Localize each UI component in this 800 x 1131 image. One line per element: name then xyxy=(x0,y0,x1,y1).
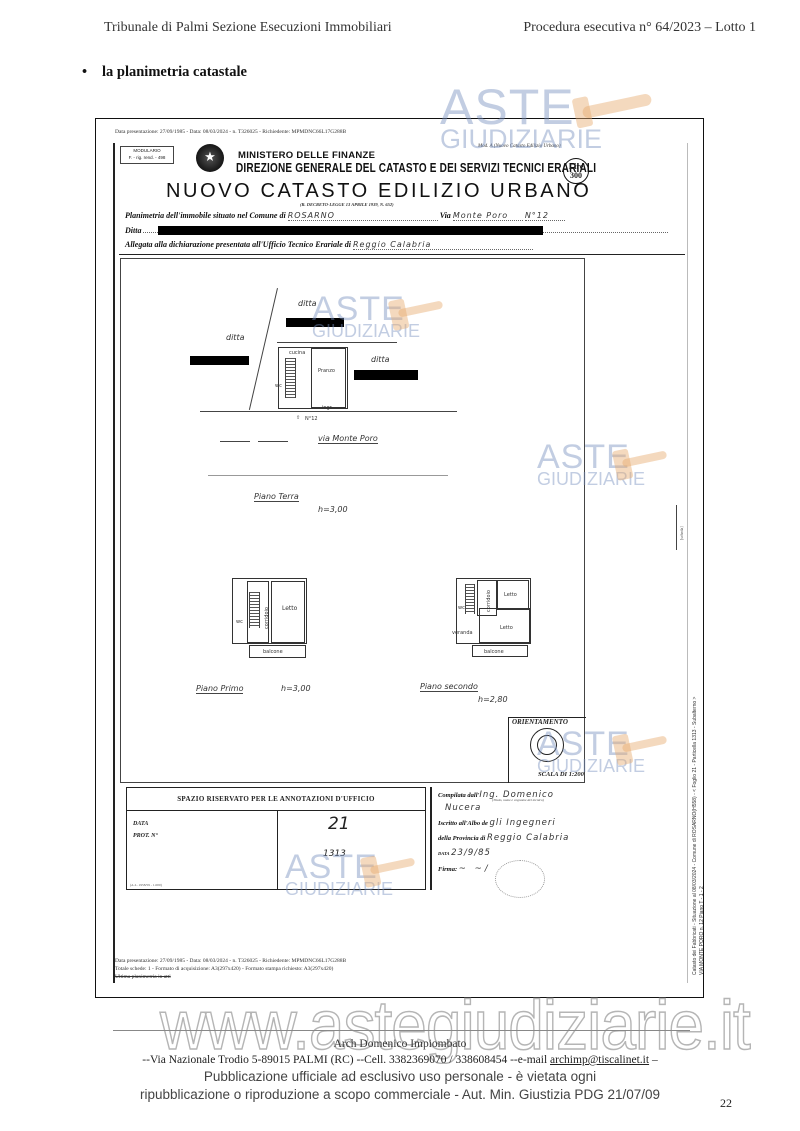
header-procedure: Procedura esecutiva n° 64/2023 – Lotto 1 xyxy=(523,20,756,36)
cognome-value: Nucera xyxy=(445,803,481,813)
provincia-row: della Provincia di Reggio Calabria xyxy=(438,833,569,843)
annotation-print-code: (A.L. 1958/59 - 1.000) xyxy=(130,883,162,887)
allegata-label: Allegata alla dichiarazione presentata a… xyxy=(125,240,351,249)
site-watermark: www.astegiudiziarie.it xyxy=(160,985,750,1065)
room-label: wc xyxy=(275,383,282,389)
albo-label: Iscritto all'Albo de xyxy=(438,820,488,827)
redaction-bar xyxy=(158,226,543,235)
footer-address-text: --Via Nazionale Trodio 5-89015 PALMI (RC… xyxy=(142,1054,547,1066)
street-line xyxy=(208,475,448,476)
via-label: Via xyxy=(440,211,451,220)
compass-icon xyxy=(530,728,564,762)
modulario-text: MODULARIO F. - rig. rend. - 498 xyxy=(129,148,166,160)
compilata-date-value: 23/9/85 xyxy=(451,848,491,858)
annotation-data-label: DATA xyxy=(133,821,148,827)
ground-floor-label: Piano Terra xyxy=(254,492,299,502)
room-label: Pranzo xyxy=(318,368,335,374)
redaction-bar xyxy=(190,356,249,365)
vertical-line-2: VIA MONTE PORO n. 12 Piano T - 1 - 2 xyxy=(699,645,706,975)
albo-row: Iscritto all'Albo de gli Ingegneri xyxy=(438,818,556,828)
allegata-row: Allegata alla dichiarazione presentata a… xyxy=(125,240,533,250)
room-label: balcone xyxy=(263,649,283,655)
dining-room xyxy=(311,348,346,408)
comune-value: ROSARNO xyxy=(288,211,438,221)
room-label: balcone xyxy=(484,649,504,655)
signature: ~ ~/ xyxy=(459,864,491,874)
floor-plan-drawing xyxy=(120,258,585,783)
firma-label: Firma: xyxy=(438,866,457,873)
lire-value: 300 xyxy=(564,171,588,180)
stairs xyxy=(285,358,296,398)
civico-value: N°12 xyxy=(525,211,565,221)
room-label: wc xyxy=(236,619,243,625)
direction-name: DIREZIONE GENERALE DEL CATASTO E DEI SER… xyxy=(236,162,596,176)
divider xyxy=(126,810,426,811)
bedroom xyxy=(271,581,305,643)
compilata-date-row: DATA 23/9/85 xyxy=(438,848,491,858)
plan-location-row: Planimetria dell'immobile situato nel Co… xyxy=(125,211,565,221)
stairs xyxy=(249,592,260,628)
annotation-title: SPAZIO RISERVATO PER LE ANNOTAZIONI D'UF… xyxy=(126,795,426,803)
stairs xyxy=(465,584,475,614)
ditta-label-north: ditta xyxy=(298,299,316,308)
first-floor-height: h=3,00 xyxy=(281,684,311,693)
room-label: corridoio xyxy=(486,590,492,612)
ministry-name: MINISTERO DELLE FINANZE xyxy=(238,150,375,161)
street-line xyxy=(258,441,288,442)
footer-email-link[interactable]: archimp@tiscalinet.it xyxy=(550,1054,649,1066)
decree-reference: (R. DECRETO-LEGGE 13 APRILE 1939, N. 652… xyxy=(300,202,394,207)
ditta-label: Ditta xyxy=(125,226,141,235)
catasto-title: NUOVO CATASTO EDILIZIO URBANO xyxy=(166,180,591,203)
entrance-number: N°12 xyxy=(305,416,318,422)
last-plan-info: Ultima planimetria in atti xyxy=(115,974,171,980)
planimetria-label: Planimetria dell'immobile situato nel Co… xyxy=(125,211,286,220)
footer-address-end: – xyxy=(649,1054,658,1066)
annotation-value-1313: 1313 xyxy=(323,849,346,859)
ground-floor-height: h=3,00 xyxy=(318,505,348,514)
second-floor-height: h=2,80 xyxy=(478,695,508,704)
page-number: 22 xyxy=(720,1096,732,1111)
header-court: Tribunale di Palmi Sezione Esecuzioni Im… xyxy=(104,20,392,36)
lire-label: Lire xyxy=(564,162,588,171)
compilata-subtitle: (Titolo, nome e cognome del tecnico) xyxy=(492,798,544,802)
street-name: via Monte Poro xyxy=(318,434,378,444)
bullet-icon: • xyxy=(82,64,102,81)
boundary-line xyxy=(277,342,397,343)
cognome-row: Nucera xyxy=(445,803,481,813)
footer-author: Arch Domenico Impiombato xyxy=(0,1038,800,1050)
ufficio-value: Reggio Calabria xyxy=(353,240,533,250)
albo-value: gli Ingegneri xyxy=(489,818,555,828)
compilata-date-label: DATA xyxy=(438,851,450,856)
divider xyxy=(119,254,685,255)
room-label: Letto xyxy=(282,605,297,612)
footer-divider xyxy=(113,1030,690,1031)
divider xyxy=(277,810,278,890)
orientation-title: ORIENTAMENTO xyxy=(512,718,568,726)
room-label: corridoio xyxy=(264,607,270,629)
section-heading: •la planimetria catastale xyxy=(82,64,247,81)
room-label: cucina xyxy=(289,350,305,356)
modulario-box: MODULARIO F. - rig. rend. - 498 xyxy=(120,146,174,164)
presentation-info-bottom: Data presentazione: 27/09/1985 - Data: 0… xyxy=(115,958,346,964)
vertical-line-1: Catasto dei Fabbricati - Situazione al 0… xyxy=(692,645,699,975)
scale-label: SCALA DI 1:200 xyxy=(538,771,584,778)
entrance-arrow-icon: ⇧ xyxy=(296,415,300,421)
publication-notice-2: ripubblicazione o riproduzione a scopo c… xyxy=(0,1087,800,1102)
second-floor-label: Piano secondo xyxy=(420,682,478,692)
ditta-label-west: ditta xyxy=(226,333,244,342)
cadastral-situation-vertical: Catasto dei Fabbricati - Situazione al 0… xyxy=(692,645,706,975)
street-line xyxy=(220,441,250,442)
ditta-label-east: ditta xyxy=(371,355,389,364)
format-info: Totale schede: 1 - Formato di acquisizio… xyxy=(115,966,333,972)
annotation-value-21: 21 xyxy=(328,814,350,834)
room-label: Letto xyxy=(500,625,513,631)
model-reference: Mod. A (Nuovo Catasto Edilizio Urbano) xyxy=(478,144,561,149)
redaction-bar xyxy=(286,318,344,327)
provincia-value: Reggio Calabria xyxy=(487,833,569,843)
republic-emblem-icon: ★ xyxy=(196,144,224,172)
via-value: Monte Poro xyxy=(453,211,523,221)
first-floor-label: Piano Primo xyxy=(196,684,243,694)
room-label: Letto xyxy=(504,592,517,598)
street-line xyxy=(200,411,457,412)
publication-notice-1: Pubblicazione ufficiale ad esclusivo uso… xyxy=(0,1069,800,1084)
gavel-icon xyxy=(582,93,653,119)
footer-address: --Via Nazionale Trodio 5-89015 PALMI (RC… xyxy=(0,1054,800,1066)
room-label: veranda xyxy=(452,630,473,636)
official-stamp xyxy=(495,860,545,898)
room-label: wc xyxy=(458,605,465,611)
firma-row: Firma: ~ ~/ xyxy=(438,864,491,874)
presentation-info-top: Data presentazione: 27/09/1985 - Data: 0… xyxy=(115,129,346,135)
annotation-prot-label: PROT. N° xyxy=(133,833,158,839)
provincia-label: della Provincia di xyxy=(438,835,485,842)
redaction-bar xyxy=(354,370,418,380)
stamp-lire: Lire 300 xyxy=(563,158,589,184)
sheet-tag-text: [scheda] xyxy=(679,526,684,540)
compilata-label: Compilata dall' xyxy=(438,792,479,799)
section-title: la planimetria catastale xyxy=(102,64,247,80)
sheet-tag: [scheda] xyxy=(676,505,685,550)
